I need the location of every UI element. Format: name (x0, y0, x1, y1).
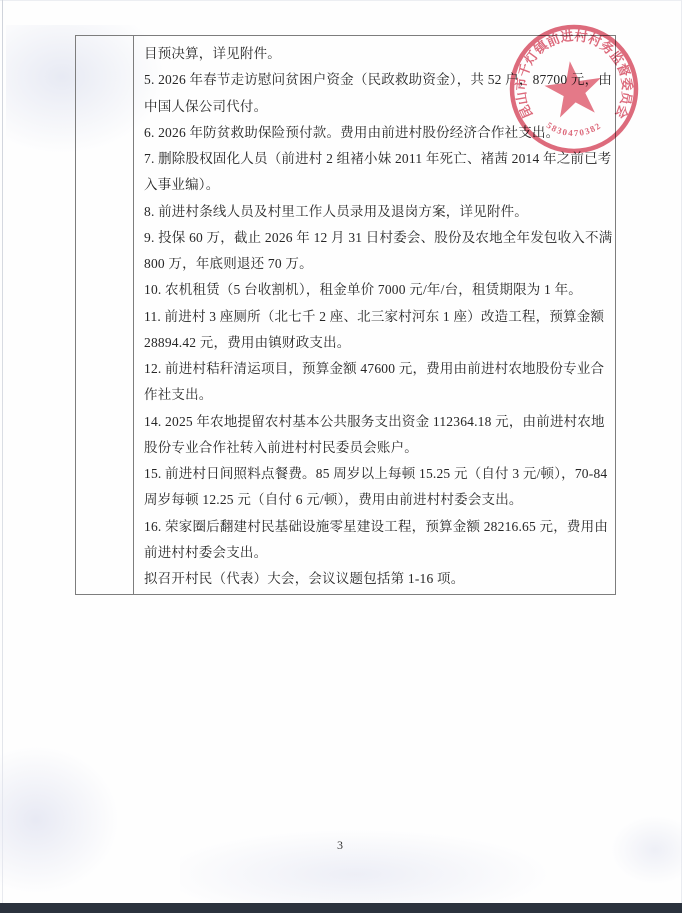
star-icon (542, 57, 606, 119)
text-line: 28894.42 元，费用由镇财政支出。 (144, 330, 609, 356)
text-line: 12. 前进村秸秆清运项目，预算金额 47600 元，费用由前进村农地股份专业合 (144, 356, 609, 382)
page-number: 3 (300, 838, 380, 853)
scan-smudge (0, 745, 120, 895)
scanned-document-page: 目预决算，详见附件。 5. 2026 年春节走访慰问贫困户资金（民政救助资金），… (0, 0, 682, 913)
seal-serial-holder: 5830470382 (545, 120, 604, 138)
text-line: 8. 前进村条线人员及村里工作人员录用及退岗方案，详见附件。 (144, 199, 609, 225)
text-line: 16. 荣家圈后翻建村民基础设施零星建设工程，预算金额 28216.65 元，费… (144, 514, 609, 540)
official-red-seal: 昆山市千灯镇前进村村务监督委员会 5830470382 (504, 19, 644, 159)
scanner-bottom-band (0, 903, 682, 913)
scan-smudge (610, 815, 682, 885)
text-line: 10. 农机租赁（5 台收割机），租金单价 7000 元/年/台，租赁期限为 1… (144, 277, 609, 303)
seal-serial-number: 5830470382 (545, 120, 604, 138)
text-line: 股份专业合作社转入前进村村民委员会账户。 (144, 435, 609, 461)
text-line: 周岁每顿 12.25 元（自付 6 元/顿），费用由前进村村委会支出。 (144, 487, 609, 513)
text-line: 11. 前进村 3 座厕所（北七千 2 座、北三家村河东 1 座）改造工程，预算… (144, 304, 609, 330)
text-line: 9. 投保 60 万，截止 2026 年 12 月 31 日村委会、股份及农地全… (144, 225, 609, 251)
text-line: 作社支出。 (144, 382, 609, 408)
table-empty-column (76, 36, 134, 594)
text-line: 15. 前进村日间照料点餐费。85 周岁以上每顿 15.25 元（自付 3 元/… (144, 461, 609, 487)
text-line: 800 万，年底则退还 70 万。 (144, 251, 609, 277)
page-edge-left (2, 0, 3, 906)
text-line: 拟召开村民（代表）大会，会议议题包括第 1-16 项。 (144, 566, 609, 592)
text-line: 前进村村委会支出。 (144, 540, 609, 566)
text-line: 14. 2025 年农地提留农村基本公共服务支出资金 112364.18 元，由… (144, 409, 609, 435)
text-line: 入事业编）。 (144, 172, 609, 198)
page-edge-top (0, 0, 682, 1)
